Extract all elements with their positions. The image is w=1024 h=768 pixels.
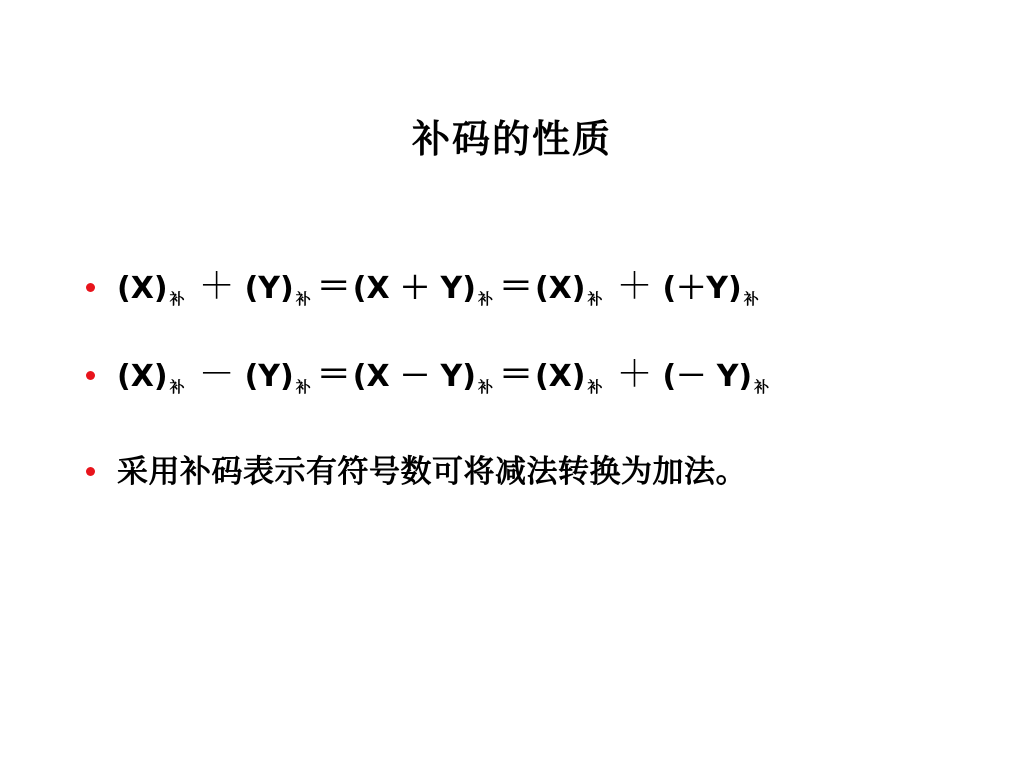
formula-subtraction: (X) 补 － (Y) 补 ＝ (X － Y) 补 ＝ (X) 补 ＋ (－ Y… bbox=[117, 346, 773, 397]
bullet-subtraction-formula: (X) 补 － (Y) 补 ＝ (X － Y) 补 ＝ (X) 补 ＋ (－ Y… bbox=[86, 346, 773, 397]
term-minus-y: (－ Y) bbox=[663, 351, 753, 395]
subscript-complement: 补 bbox=[478, 376, 493, 397]
term-x: (X) bbox=[535, 359, 586, 394]
subscript-complement: 补 bbox=[296, 288, 311, 309]
term-x: (X) bbox=[117, 271, 168, 306]
subscript-complement: 补 bbox=[170, 376, 185, 397]
operator-plus: ＋ bbox=[617, 258, 653, 309]
subscript-complement: 补 bbox=[478, 288, 493, 309]
term-x-minus-y: (X － Y) bbox=[353, 351, 476, 395]
operator-plus: ＋ bbox=[617, 346, 653, 397]
subscript-complement: 补 bbox=[588, 376, 603, 397]
formula-addition: (X) 补 ＋ (Y) 补 ＝ (X ＋ Y) 补 ＝ (X) 补 ＋ (＋Y)… bbox=[117, 258, 763, 309]
bullet-addition-formula: (X) 补 ＋ (Y) 补 ＝ (X ＋ Y) 补 ＝ (X) 补 ＋ (＋Y)… bbox=[86, 258, 763, 309]
equals-sign: ＝ bbox=[317, 259, 351, 308]
term-x-plus-y: (X ＋ Y) bbox=[353, 263, 476, 307]
subscript-complement: 补 bbox=[754, 376, 769, 397]
term-y: (Y) bbox=[245, 271, 294, 306]
operator-minus: － bbox=[199, 346, 235, 397]
term-x: (X) bbox=[117, 359, 168, 394]
subscript-complement: 补 bbox=[588, 288, 603, 309]
statement-text: 采用补码表示有符号数可将减法转换为加法。 bbox=[117, 446, 747, 491]
slide-title: 补码的性质 bbox=[0, 108, 1024, 163]
subscript-complement: 补 bbox=[296, 376, 311, 397]
bullet-statement: 采用补码表示有符号数可将减法转换为加法。 bbox=[86, 446, 747, 491]
bullet-dot-icon bbox=[86, 283, 95, 292]
equals-sign: ＝ bbox=[317, 347, 351, 396]
operator-plus: ＋ bbox=[199, 258, 235, 309]
subscript-complement: 补 bbox=[170, 288, 185, 309]
term-x: (X) bbox=[535, 271, 586, 306]
term-plus-y: (＋Y) bbox=[663, 263, 742, 307]
equals-sign: ＝ bbox=[499, 259, 533, 308]
equals-sign: ＝ bbox=[499, 347, 533, 396]
bullet-dot-icon bbox=[86, 371, 95, 380]
subscript-complement: 补 bbox=[744, 288, 759, 309]
bullet-dot-icon bbox=[86, 467, 95, 476]
slide: 补码的性质 (X) 补 ＋ (Y) 补 ＝ (X ＋ Y) 补 ＝ (X) 补 … bbox=[0, 0, 1024, 768]
term-y: (Y) bbox=[245, 359, 294, 394]
